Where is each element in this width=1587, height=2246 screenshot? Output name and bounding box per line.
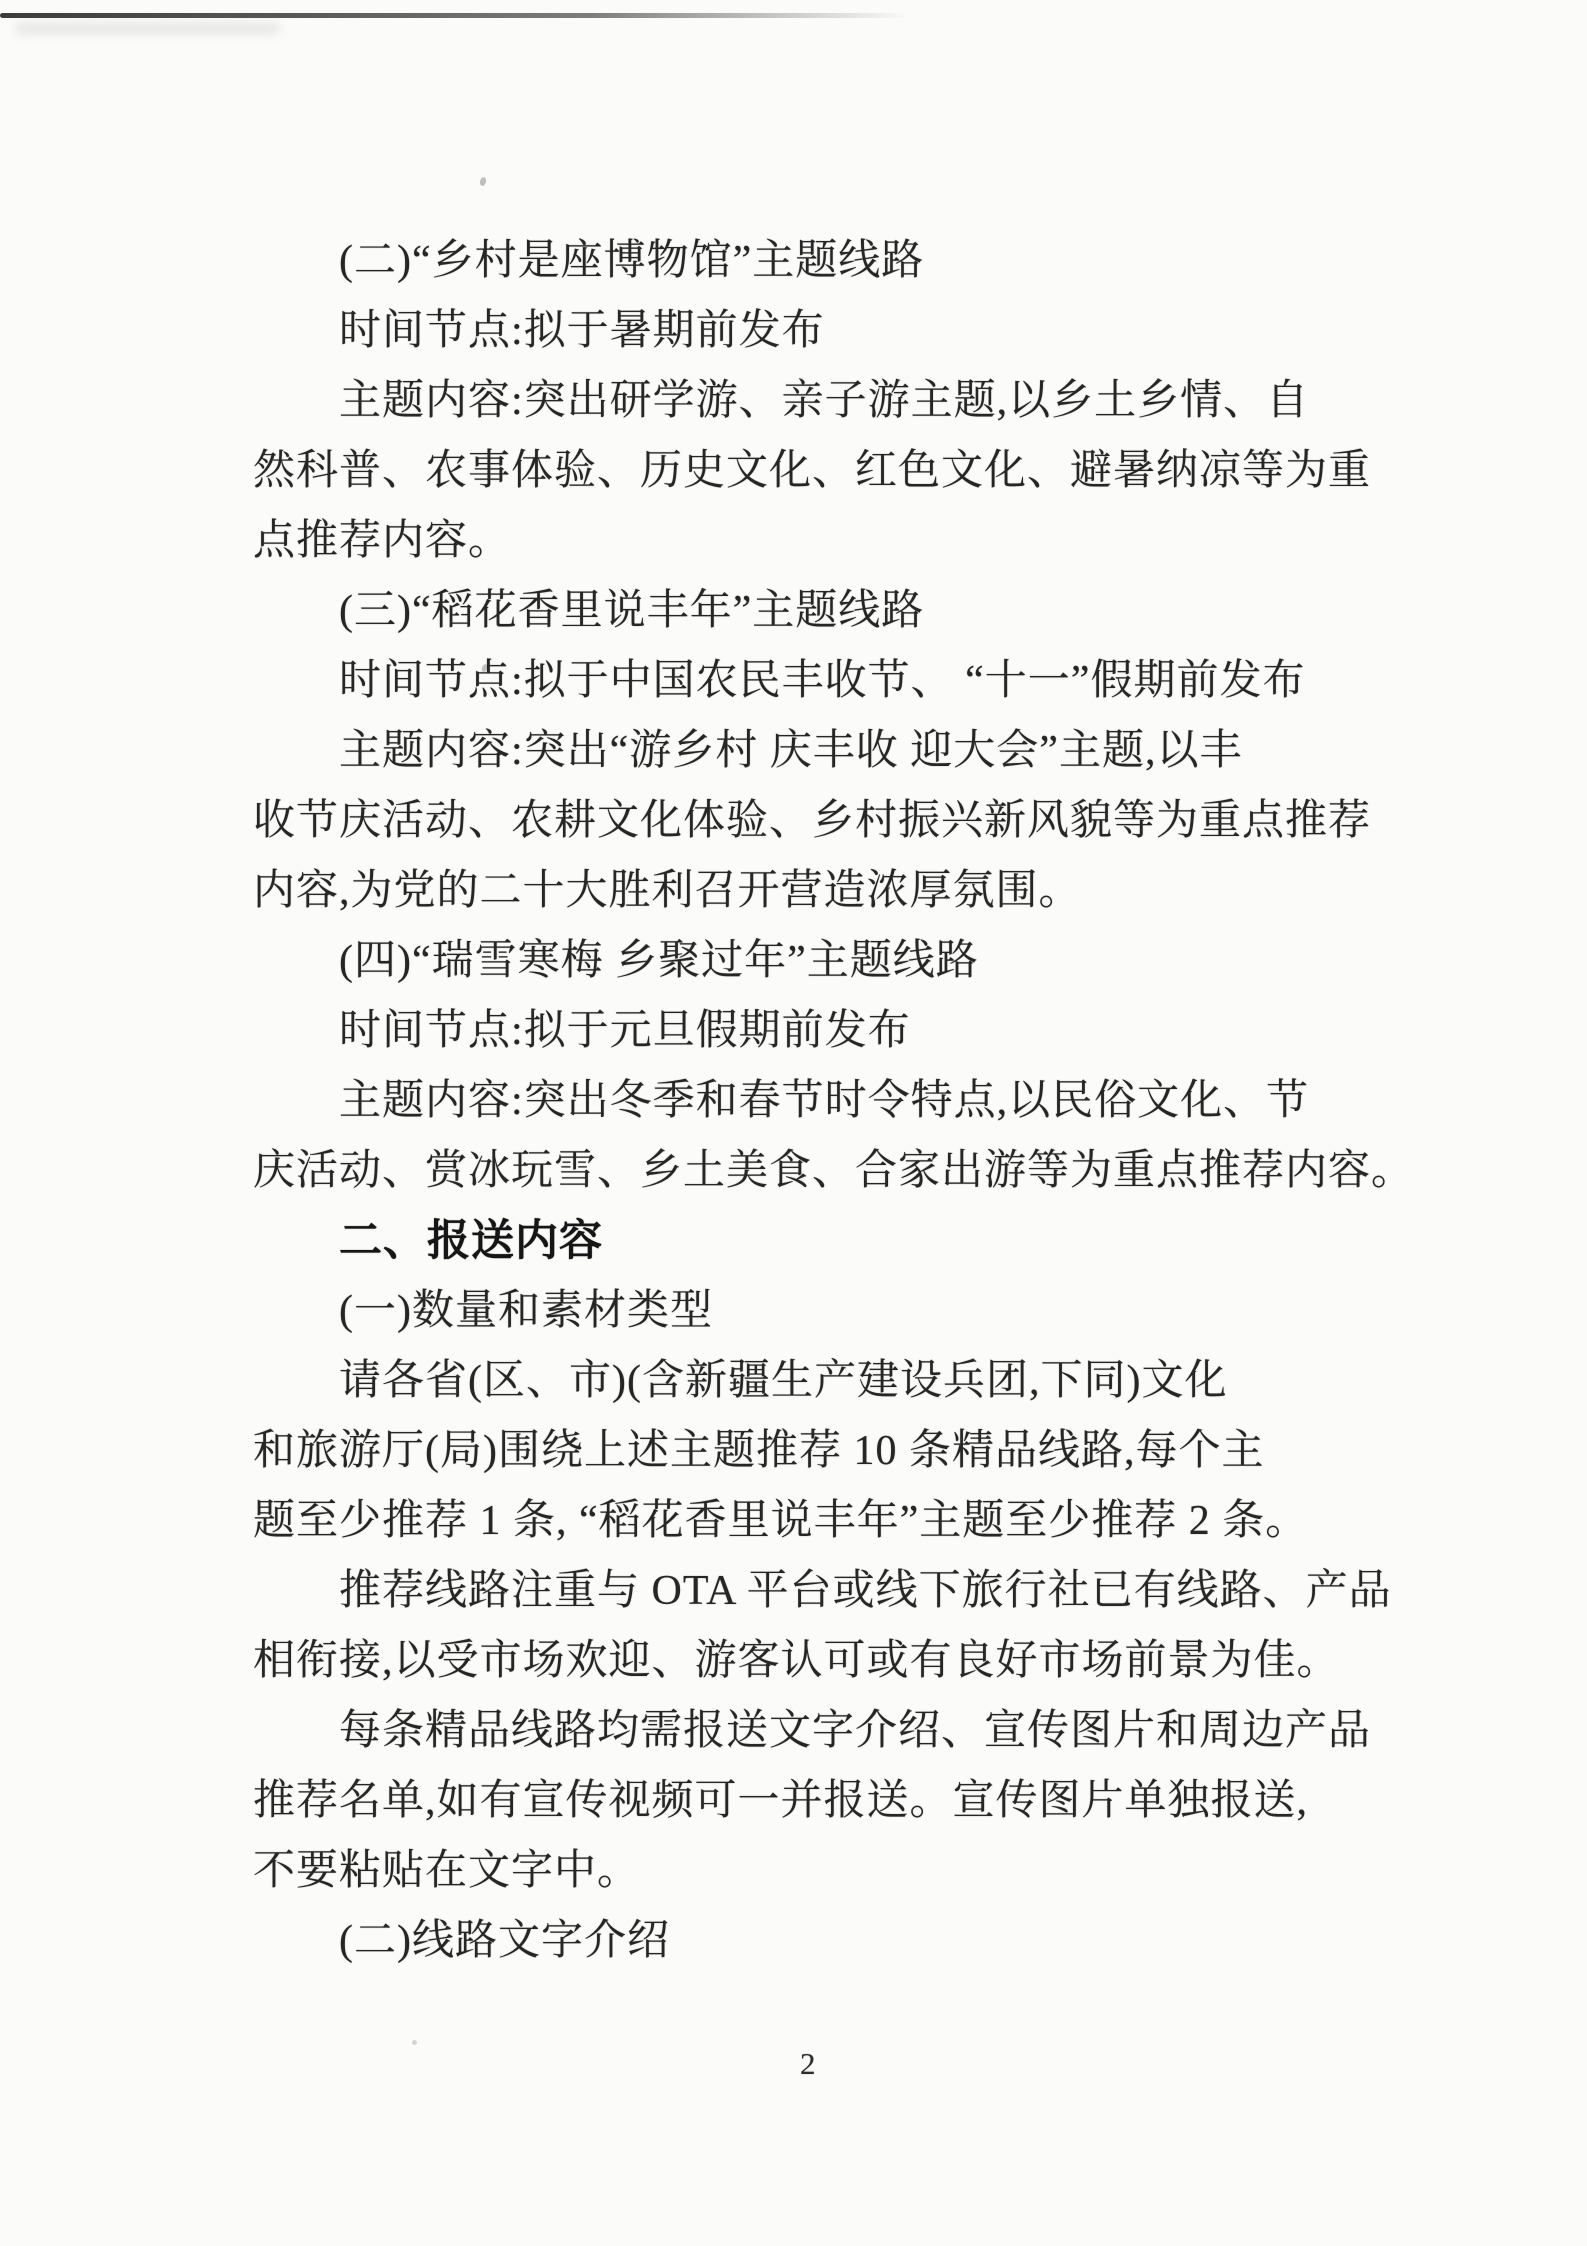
- document-line: 题至少推荐 1 条, “稻花香里说丰年”主题至少推荐 2 条。: [253, 1486, 1353, 1556]
- document-line: 每条精品线路均需报送文字介绍、宣传图片和周边产品: [253, 1696, 1353, 1766]
- document-line: 请各省(区、市)(含新疆生产建设兵团,下同)文化: [253, 1346, 1353, 1416]
- document-line: 庆活动、赏冰玩雪、乡土美食、合家出游等为重点推荐内容。: [253, 1136, 1353, 1206]
- subsection-heading: (四)“瑞雪寒梅 乡聚过年”主题线路: [253, 926, 1353, 996]
- document-line: 内容,为党的二十大胜利召开营造浓厚氛围。: [253, 856, 1353, 926]
- document-line: 然科普、农事体验、历史文化、红色文化、避暑纳凉等为重: [253, 436, 1353, 506]
- section-heading: 二、报送内容: [253, 1206, 1353, 1276]
- page-number: 2: [800, 2046, 816, 2082]
- document-line: 主题内容:突出“游乡村 庆丰收 迎大会”主题,以丰: [253, 716, 1353, 786]
- document-line: 不要粘贴在文字中。: [253, 1836, 1353, 1906]
- subsection-heading: (一)数量和素材类型: [253, 1276, 1353, 1346]
- document-line: 推荐线路注重与 OTA 平台或线下旅行社已有线路、产品: [253, 1556, 1353, 1626]
- document-line: 时间节点:拟于中国农民丰收节、 “十一”假期前发布: [253, 646, 1353, 716]
- document-line: 相衔接,以受市场欢迎、游客认可或有良好市场前景为佳。: [253, 1626, 1353, 1696]
- scanned-document-page: (二)“乡村是座博物馆”主题线路 时间节点:拟于暑期前发布 主题内容:突出研学游…: [0, 0, 1587, 2246]
- document-line: 收节庆活动、农耕文化体验、乡村振兴新风貌等为重点推荐: [253, 786, 1353, 856]
- document-line: 主题内容:突出冬季和春节时令特点,以民俗文化、节: [253, 1066, 1353, 1136]
- scanner-artifact-line: [0, 13, 910, 18]
- scan-speck: [479, 176, 487, 186]
- document-line: 和旅游厅(局)围绕上述主题推荐 10 条精品线路,每个主: [253, 1416, 1353, 1486]
- scan-speck: [412, 2040, 417, 2045]
- document-line: 点推荐内容。: [253, 506, 1353, 576]
- scanner-artifact-smudge: [15, 23, 280, 34]
- document-line: 主题内容:突出研学游、亲子游主题,以乡土乡情、自: [253, 366, 1353, 436]
- subsection-heading: (二)线路文字介绍: [253, 1906, 1353, 1976]
- subsection-heading: (二)“乡村是座博物馆”主题线路: [253, 226, 1353, 296]
- document-line: 时间节点:拟于元旦假期前发布: [253, 996, 1353, 1066]
- document-line: 时间节点:拟于暑期前发布: [253, 296, 1353, 366]
- subsection-heading: (三)“稻花香里说丰年”主题线路: [253, 576, 1353, 646]
- document-body: (二)“乡村是座博物馆”主题线路 时间节点:拟于暑期前发布 主题内容:突出研学游…: [253, 226, 1353, 1976]
- document-line: 推荐名单,如有宣传视频可一并报送。宣传图片单独报送,: [253, 1766, 1353, 1836]
